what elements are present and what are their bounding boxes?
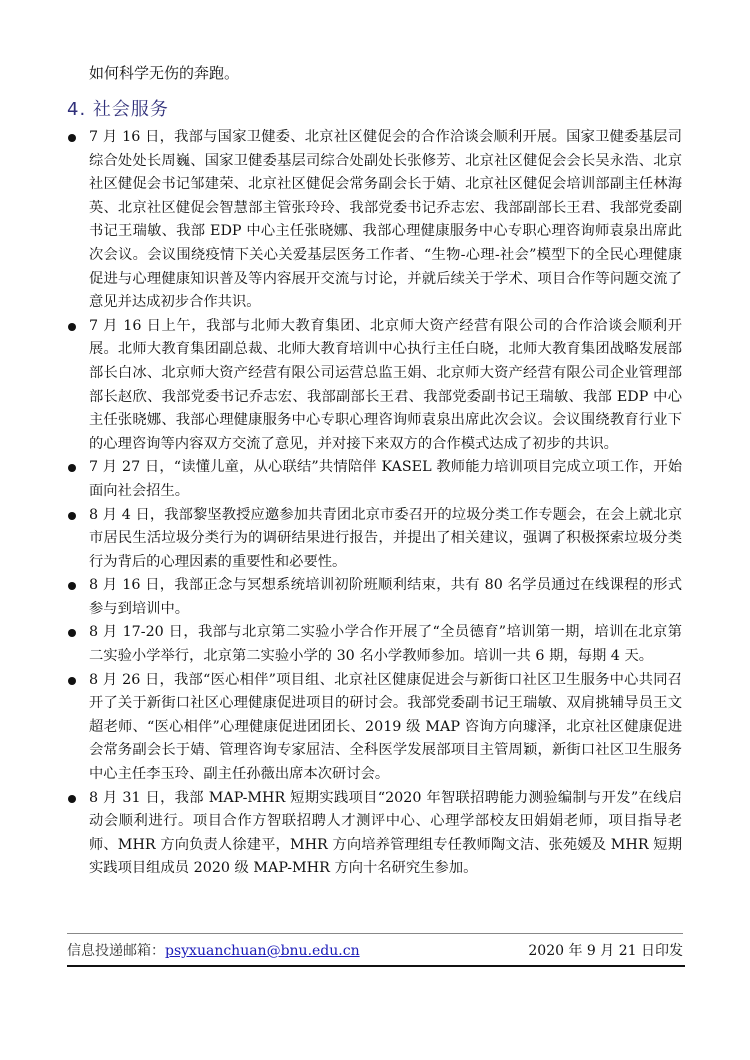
list-item-text: 7 月 16 日上午，我部与北师大教育集团、北京师大资产经营有限公司的合作洽谈会…: [89, 318, 682, 452]
list-item-text: 7 月 27 日，“读懂儿童，从心联结”共情陪伴 KASEL 教师能力培训项目完…: [89, 459, 682, 499]
list-item-text: 7 月 16 日，我部与国家卫健委、北京社区健促会的合作洽谈会顺利开展。国家卫健…: [89, 129, 682, 310]
bullet-list: 7 月 16 日，我部与国家卫健委、北京社区健促会的合作洽谈会顺利开展。国家卫健…: [70, 126, 682, 881]
list-item: 8 月 16 日，我部正念与冥想系统培训初阶班顺利结束，共有 80 名学员通过在…: [70, 574, 682, 621]
section-heading: 4. 社会服务: [67, 95, 169, 121]
email-link[interactable]: psyxuanchuan@bnu.edu.cn: [165, 943, 360, 959]
footer-divider-bottom: [67, 965, 685, 967]
list-item: 7 月 16 日上午，我部与北师大教育集团、北京师大资产经营有限公司的合作洽谈会…: [70, 315, 682, 457]
list-item: 7 月 27 日，“读懂儿童，从心联结”共情陪伴 KASEL 教师能力培训项目完…: [70, 456, 682, 503]
footer-contact: 信息投递邮箱：psyxuanchuan@bnu.edu.cn: [67, 940, 360, 962]
footer-divider-top: [67, 933, 683, 934]
footer: 信息投递邮箱：psyxuanchuan@bnu.edu.cn 2020 年 9 …: [67, 940, 683, 964]
email-label: 信息投递邮箱：: [67, 943, 165, 959]
list-item-text: 8 月 16 日，我部正念与冥想系统培训初阶班顺利结束，共有 80 名学员通过在…: [89, 577, 682, 617]
list-item-text: 8 月 4 日，我部黎坚教授应邀参加共青团北京市委召开的垃圾分类工作专题会，在会…: [89, 507, 682, 570]
bullet-icon: [68, 323, 76, 331]
list-item-text: 8 月 17-20 日，我部与北京第二实验小学合作开展了“全员德育”培训第一期，…: [89, 624, 682, 664]
bullet-icon: [68, 582, 76, 590]
list-item: 8 月 31 日，我部 MAP-MHR 短期实践项目“2020 年智联招聘能力测…: [70, 787, 682, 881]
lead-paragraph-tail: 如何科学无伤的奔跑。: [89, 62, 239, 84]
list-item-text: 8 月 31 日，我部 MAP-MHR 短期实践项目“2020 年智联招聘能力测…: [89, 790, 682, 877]
list-item: 7 月 16 日，我部与国家卫健委、北京社区健促会的合作洽谈会顺利开展。国家卫健…: [70, 126, 682, 315]
bullet-icon: [68, 134, 76, 142]
bullet-icon: [68, 677, 76, 685]
list-item: 8 月 17-20 日，我部与北京第二实验小学合作开展了“全员德育”培训第一期，…: [70, 621, 682, 668]
list-item-text: 8 月 26 日，我部“医心相伴”项目组、北京社区健康促进会与新街口社区卫生服务…: [89, 672, 682, 782]
bullet-icon: [68, 512, 76, 520]
bullet-icon: [68, 464, 76, 472]
document-page: 如何科学无伤的奔跑。 4. 社会服务 7 月 16 日，我部与国家卫健委、北京社…: [0, 0, 750, 1060]
list-item: 8 月 26 日，我部“医心相伴”项目组、北京社区健康促进会与新街口社区卫生服务…: [70, 669, 682, 787]
bullet-icon: [68, 795, 76, 803]
bullet-icon: [68, 629, 76, 637]
list-item: 8 月 4 日，我部黎坚教授应邀参加共青团北京市委召开的垃圾分类工作专题会，在会…: [70, 504, 682, 575]
issue-date: 2020 年 9 月 21 日印发: [528, 940, 683, 962]
